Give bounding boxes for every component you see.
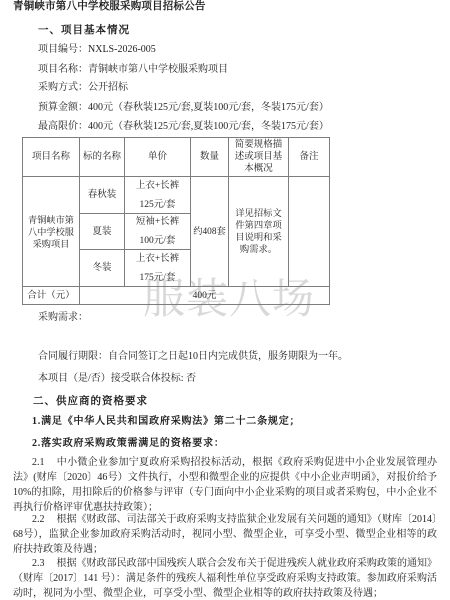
procurement-demand-label: 采购需求： — [38, 311, 88, 324]
field-label: 项目名称： — [38, 64, 88, 75]
document-title: 青铜峡市第八中学校服采购项目招标公告 — [13, 0, 206, 13]
consortium-bid-line: 本项目（是/否）接受联合体投标: 否 — [38, 372, 196, 385]
clause-number: 2.3 — [32, 558, 45, 569]
field-label: 项目编号： — [38, 44, 88, 55]
items-table: 项目名称 标的名称 单价 数量 简要规格描述或项目基本概况 备注 青铜峡市第八中… — [22, 137, 330, 305]
field-value: NXLS-2026-005 — [88, 44, 156, 55]
header-spec-description: 简要规格描述或项目基本概况 — [229, 138, 289, 177]
table-total-row: 合计（元） 400元 — [23, 287, 330, 305]
field-value: 公开招标 — [88, 82, 128, 93]
field-value: 400元（春秋装125元/套,夏装100元/套，冬装175元/套） — [88, 121, 329, 132]
clause-text: 根据《财政部、司法部关于政府采购支持监狱企业发展有关问题的通知》（财库〔2014… — [13, 514, 437, 555]
cell-item-name: 夏装 — [80, 214, 125, 250]
field-value: 青铜峡市第八中学校服采购项目 — [88, 64, 228, 75]
contract-period-line: 合同履行期限：自合同签订之日起10日内完成供货，服务期限为一年。 — [38, 350, 348, 363]
field-value: 400元（春秋装125元/套,夏装100元/套，冬装175元/套） — [88, 102, 329, 113]
cell-item-name: 冬装 — [80, 250, 125, 287]
field-max-price: 最高限价：400元（春秋装125元/套,夏装100元/套，冬装175元/套） — [38, 120, 329, 133]
price-amount: 175元/套 — [127, 272, 188, 284]
field-label: 最高限价： — [38, 121, 88, 132]
table-row: 青铜峡市第八中学校服采购项目 春秋装 上衣+长裤 125元/套 约408套 详见… — [23, 177, 330, 214]
cell-item-name: 春秋装 — [80, 177, 125, 214]
clause-text: 中小微企业参加宁夏政府采购招投标活动，根据《政府采购促进中小企业发展管理办法》(… — [13, 457, 437, 513]
clause-number: 2.2 — [32, 514, 45, 525]
price-amount: 100元/套 — [127, 235, 188, 247]
price-composition: 上衣+长裤 — [127, 180, 188, 192]
clause-text: 根据《财政部民政部中国残疾人联合会发布关于促进残疾人就业政府采购政策的通知》（财… — [13, 558, 437, 599]
clause-2-1: 2.1中小微企业参加宁夏政府采购招投标活动，根据《政府采购促进中小企业发展管理办… — [13, 455, 437, 515]
section2-heading: 二、供应商的资格要求 — [33, 393, 148, 408]
header-project-name: 项目名称 — [23, 138, 80, 177]
header-remark: 备注 — [289, 138, 330, 177]
qualification-item-2: 2.落实政府采购政策需满足的资格要求： — [32, 437, 225, 450]
field-budget-amount: 预算金额：400元（春秋装125元/套,夏装100元/套，冬装175元/套） — [38, 101, 329, 114]
cell-spec-description: 详见招标文件第四章项目说明和采购需求。 — [229, 177, 289, 287]
cell-total-value: 400元 — [80, 287, 330, 305]
qualification-item-1: 1.满足《中华人民共和国政府采购法》第二十二条规定； — [32, 415, 300, 428]
cell-unit-price: 上衣+长裤 125元/套 — [125, 177, 191, 214]
header-quantity: 数量 — [191, 138, 229, 177]
cell-unit-price: 短袖+长裤 100元/套 — [125, 214, 191, 250]
header-item-name: 标的名称 — [80, 138, 125, 177]
field-procurement-method: 采购方式：公开招标 — [38, 81, 128, 94]
price-amount: 125元/套 — [127, 199, 188, 211]
header-unit-price: 单价 — [125, 138, 191, 177]
cell-quantity: 约408套 — [191, 177, 229, 287]
field-label: 采购方式： — [38, 82, 88, 93]
field-project-number: 项目编号：NXLS-2026-005 — [38, 43, 156, 56]
cell-total-label: 合计（元） — [23, 287, 80, 305]
document-page: 服装八场 青铜峡市第八中学校服采购项目招标公告 一、项目基本情况 项目编号：NX… — [0, 0, 450, 600]
field-label: 预算金额： — [38, 102, 88, 113]
price-composition: 短袖+长裤 — [127, 216, 188, 228]
clause-2-2: 2.2根据《财政部、司法部关于政府采购支持监狱企业发展有关问题的通知》（财库〔2… — [13, 512, 437, 557]
section1-heading: 一、项目基本情况 — [38, 22, 130, 37]
cell-unit-price: 上衣+长裤 175元/套 — [125, 250, 191, 287]
field-project-name: 项目名称：青铜峡市第八中学校服采购项目 — [38, 63, 228, 76]
cell-project-name: 青铜峡市第八中学校服采购项目 — [23, 177, 80, 287]
clause-2-3: 2.3根据《财政部民政部中国残疾人联合会发布关于促进残疾人就业政府采购政策的通知… — [13, 556, 437, 600]
clause-number: 2.1 — [32, 457, 45, 468]
price-composition: 上衣+长裤 — [127, 253, 188, 265]
table-header-row: 项目名称 标的名称 单价 数量 简要规格描述或项目基本概况 备注 — [23, 138, 330, 177]
cell-remark — [289, 177, 330, 287]
